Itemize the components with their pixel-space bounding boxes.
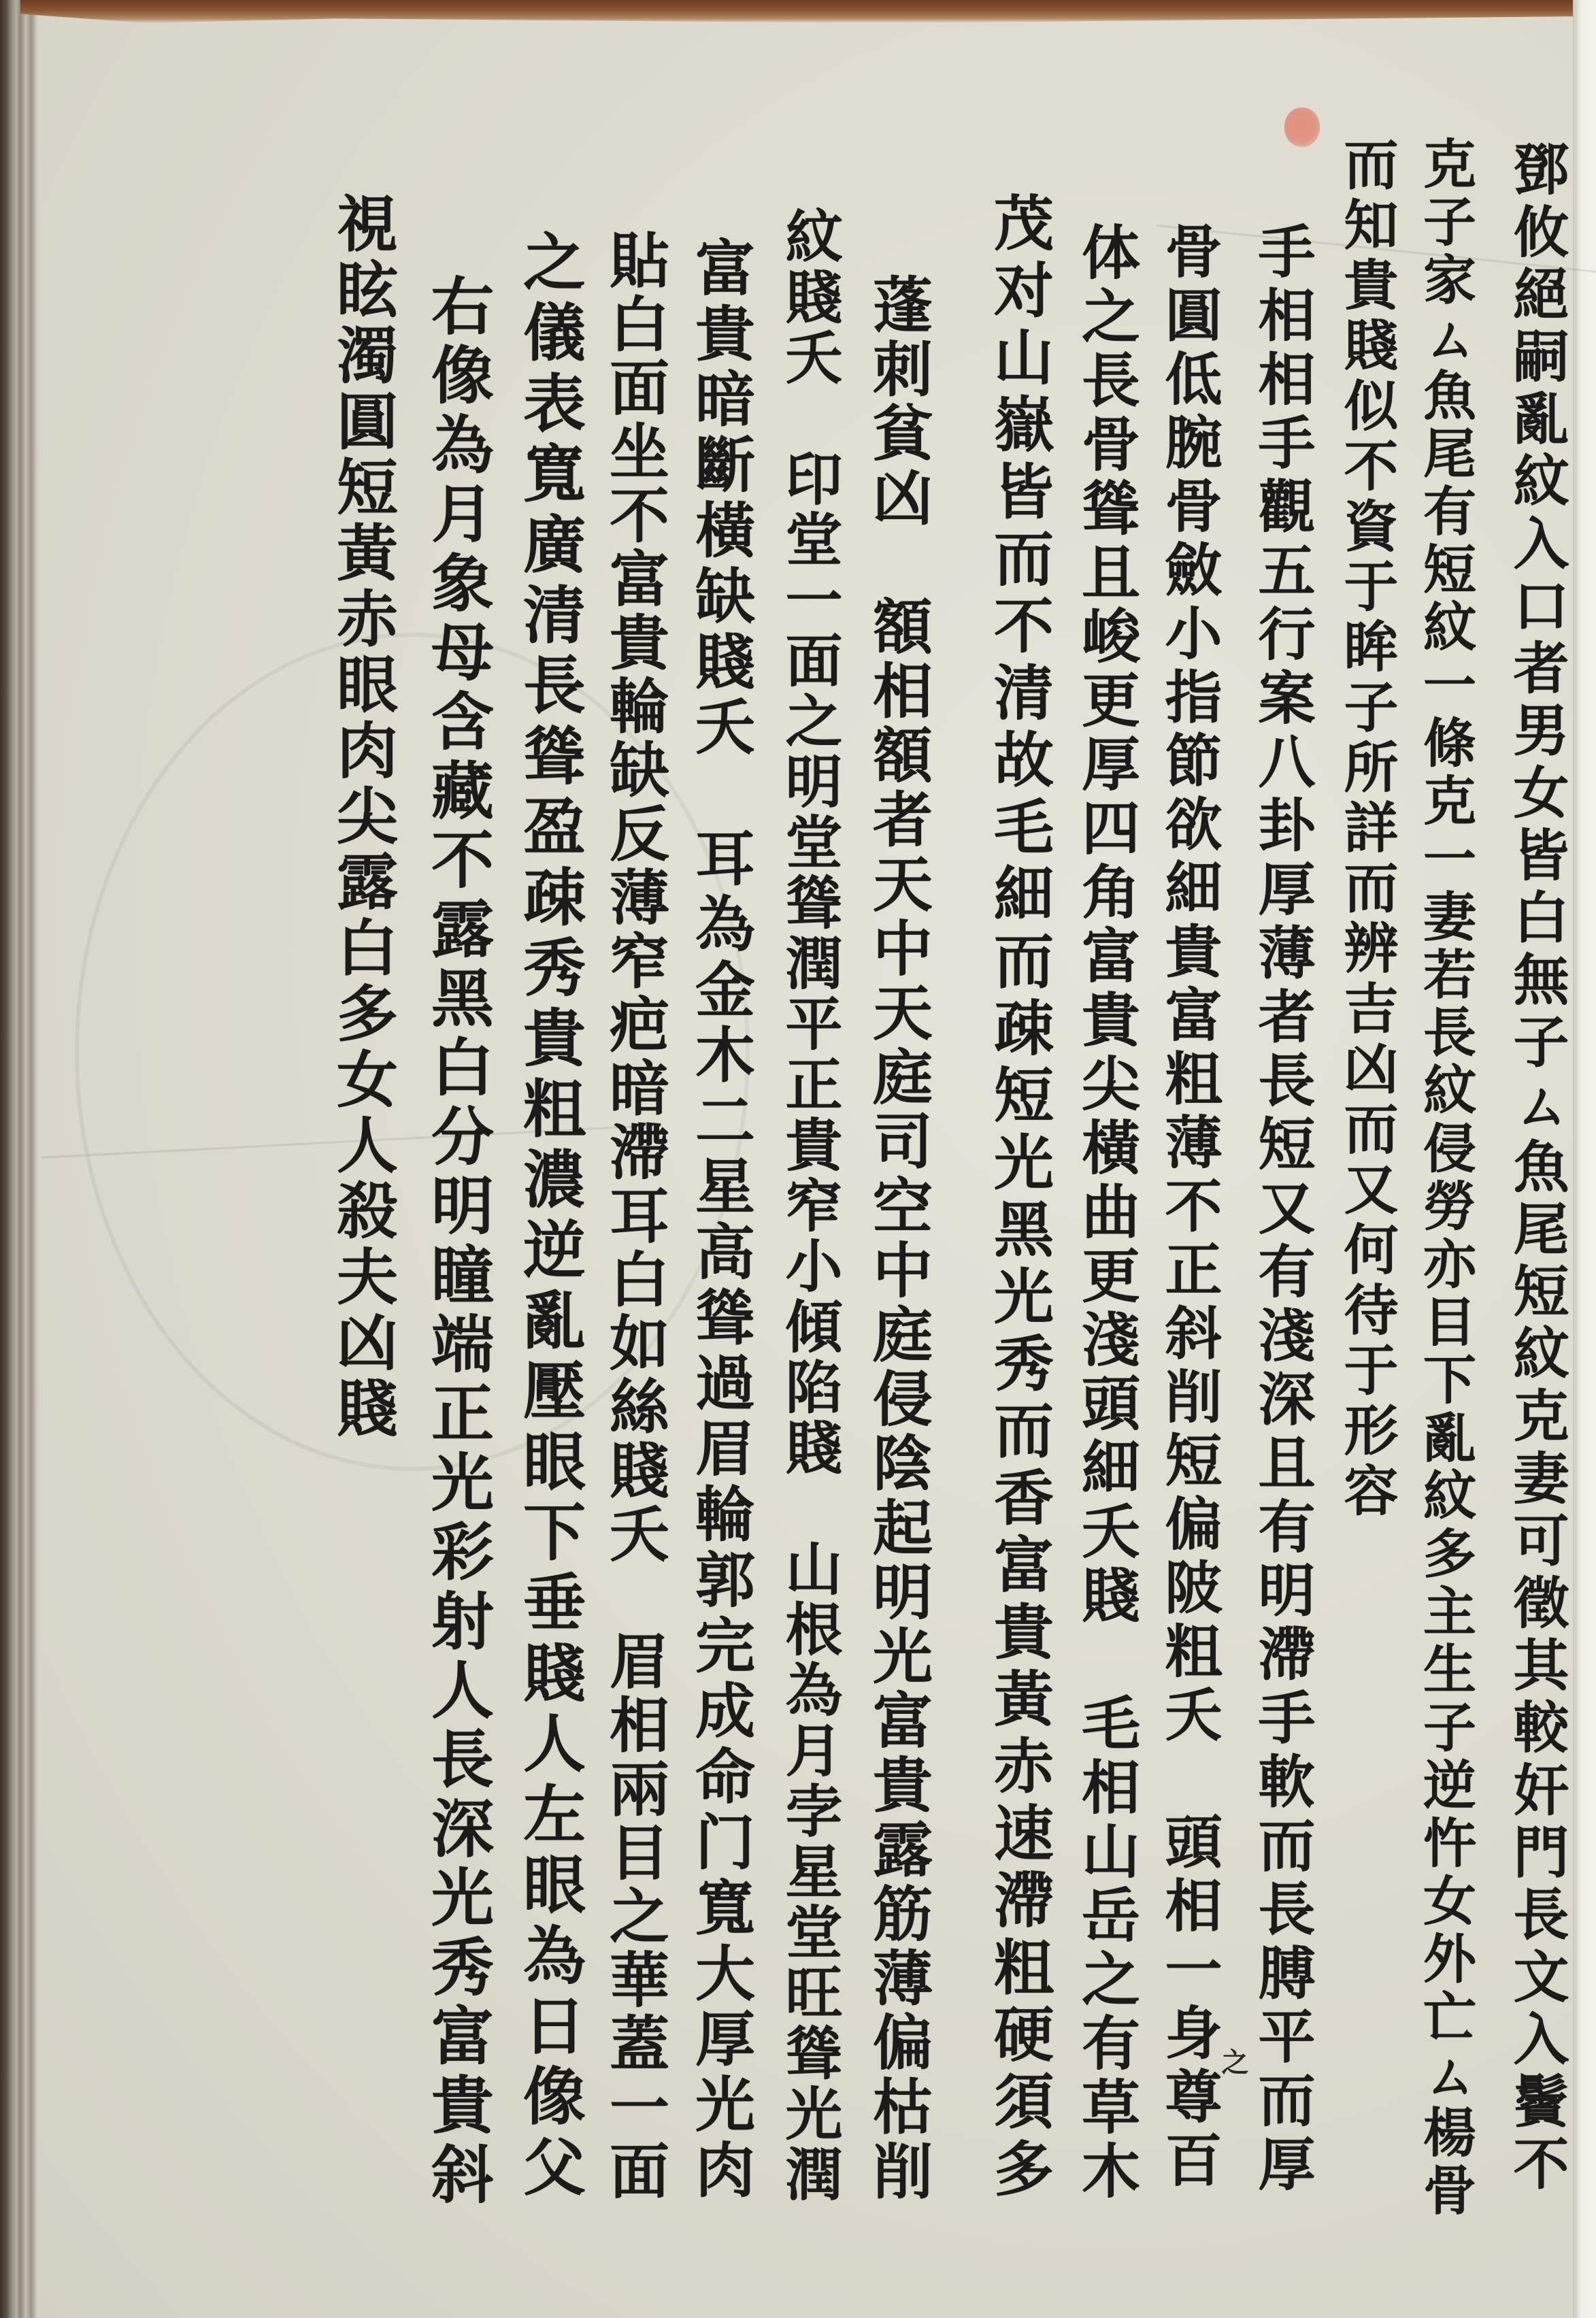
book-cover-top-edge: [20, 0, 1596, 23]
manuscript-page: 鄧攸絕嗣亂紋入口者男女皆白無子ㄙ魚尾短紋克妻可徵其較奸門長文入鬢不 克子家ㄙ魚尾…: [0, 0, 1596, 2318]
text-column-13: 右像為月象母含藏不露黑白分明瞳端正光彩射人長深光秀富貴斜: [427, 274, 489, 2211]
text-column-11: 貼白面坐不富貴輪缺反薄窄疤暗滯耳白如絲賤夭 眉相兩目之華蓋一面: [605, 229, 665, 2204]
text-column-8: 蓬刺貧凶 額相額者天中天庭司空中庭侵陰起明光富貴露筋薄偏枯削: [869, 274, 929, 2204]
text-column-10: 富貴暗斷橫缺賤夭 耳為金木二星高聳過眉輪郭完成命门寬大厚光肉: [691, 237, 751, 2204]
book-page-stack-edge: [0, 0, 39, 2318]
text-column-6: 体之長骨聳且峻更厚四角富貴尖橫曲更淺頭細夭賤 毛相山岳之有草木: [1076, 222, 1135, 2204]
text-column-3: 而知貴賤似不資于眸子所詳而辨吉凶而又何待于形容: [1340, 136, 1394, 1523]
text-column-4: 手相相手觀五行案八卦厚薄者長短又有淺深且有明滯手軟而長膊平而厚: [1254, 222, 1311, 2198]
text-column-12: 之儀表寬廣清長聳盈疎秀貴粗濃逆亂壓眼下垂賤人左眼為日像父: [518, 229, 581, 2205]
red-seal-mark: [1284, 107, 1320, 147]
text-column-1: 鄧攸絕嗣亂紋入口者男女皆白無子ㄙ魚尾短紋克妻可徵其較奸門長文入鬢不: [1509, 140, 1565, 2197]
interlinear-insertion-note: 之: [1214, 2048, 1252, 2075]
text-column-5: 骨圓低腕骨斂小指節欲細貴富粗薄不正斜削短偏陂粗夭 頭相一身尊百: [1161, 222, 1218, 2194]
text-column-14: 視眩濁圓短黃赤眼肉尖露白多女人殺夫凶賤: [331, 192, 393, 1442]
page-right-margin: [1573, 0, 1596, 2318]
text-column-9: 紋賤夭 印堂一面之明堂聳潤平正貴窄小傾陷賤 山根為月孛星堂旺聳光潤: [781, 207, 838, 2205]
text-column-2: 克子家ㄙ魚尾有短紋一條克一妻若長紋侵勞亦目下亂紋多主生子逆忤女外亡ㄙ楊骨: [1418, 136, 1472, 2221]
text-column-7: 茂对山嶽皆而不清故毛細而疎短光黑光秀而香富貴黃赤速滯粗硬須多: [990, 192, 1050, 2204]
